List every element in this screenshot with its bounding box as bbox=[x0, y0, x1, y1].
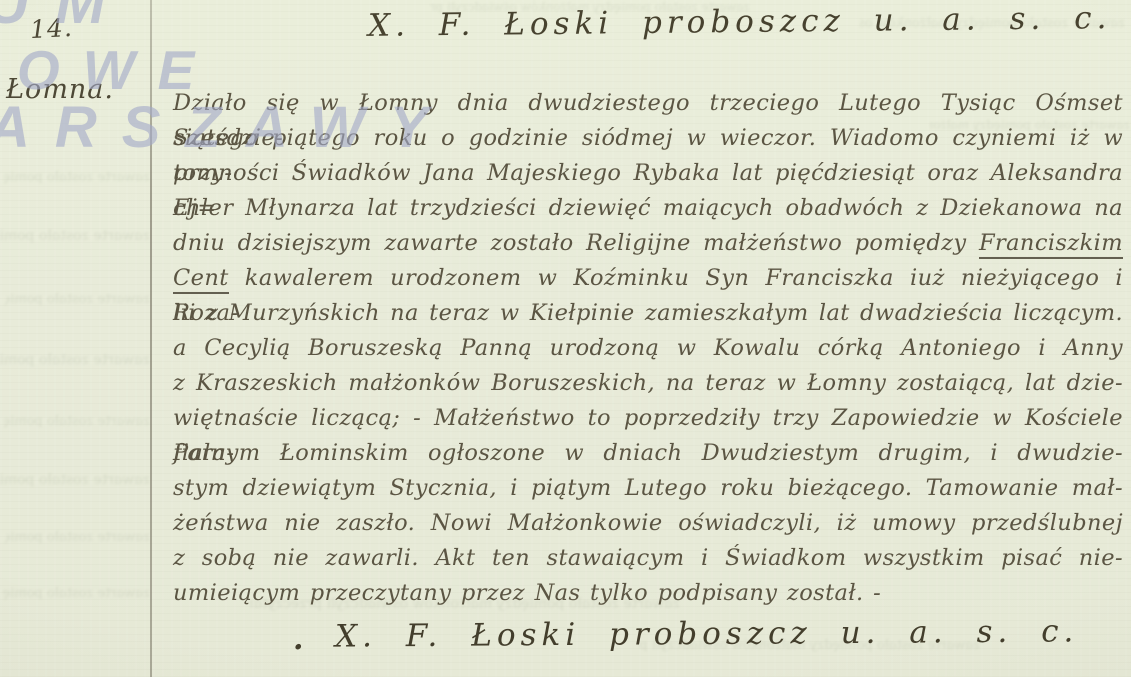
record-line: lii z Murzyńskich na teraz w Kiełpinie z… bbox=[173, 296, 1123, 331]
scanned-register-page: zawarte zostało pomiędzy małżonków oświa… bbox=[0, 0, 1131, 677]
record-line: fialnym Łominskim ogłoszone w dniach Dwu… bbox=[173, 436, 1123, 471]
record-body-text: Działo się w Łomny dnia dwudziestego trz… bbox=[173, 86, 1123, 611]
ghost-text-line: zawarte zostało pomiędzy małżonków oświa… bbox=[3, 170, 151, 185]
ghost-text-line: zawarte zostało pomiędzy małżonków oświa… bbox=[0, 472, 151, 488]
ghost-text-line: zawarte zostało pomiędzy małżonków oświa… bbox=[5, 292, 151, 307]
record-line: umieiącym przeczytany przez Nas tylko po… bbox=[173, 576, 1123, 611]
record-line: żeństwa nie zaszło. Nowi Małżonkowie ośw… bbox=[173, 506, 1123, 541]
margin-rule-line bbox=[150, 0, 152, 677]
record-number: 14. bbox=[29, 13, 73, 44]
record-line: Cent kawalerem urodzonem w Koźminku Syn … bbox=[173, 261, 1123, 296]
record-line: chler Młynarza lat trzydzieści dziewięć … bbox=[173, 191, 1123, 226]
ghost-text-line: zawarte zostało pomiędzy małżonków oświa… bbox=[0, 228, 151, 244]
record-line: a Cecylią Boruszeską Panną urodzoną w Ko… bbox=[173, 331, 1123, 366]
record-line: siątego piątego roku o godzinie siódmej … bbox=[173, 121, 1123, 156]
record-line: z Kraszeskich małżonków Boruszeskich, na… bbox=[173, 366, 1123, 401]
ghost-text-line: zawarte zostało pomiędzy małżonków oświa… bbox=[1, 586, 151, 601]
record-line: stym dziewiątym Stycznia, i piątym Luteg… bbox=[173, 471, 1123, 506]
record-line: więtnaście liczącą; - Małżeństwo to popr… bbox=[173, 401, 1123, 436]
record-line: z sobą nie zawarli. Akt ten stawaiącym i… bbox=[173, 541, 1123, 576]
ghost-text-line: zawarte zostało pomiędzy małżonków oświa… bbox=[5, 530, 151, 545]
ghost-text-line: zawarte zostało pomiędzy małżonków oświa… bbox=[0, 352, 151, 368]
margin-place-name: Łomna. bbox=[6, 74, 114, 105]
record-line: tomności Świadków Jana Majeskiego Rybaka… bbox=[173, 156, 1123, 191]
footer-signature: X. F. Łoski proboszcz u. a. s. c. bbox=[335, 613, 1079, 654]
record-line: dniu dzisiejszym zawarte zostało Religij… bbox=[173, 226, 1123, 261]
record-line: Działo się w Łomny dnia dwudziestego trz… bbox=[173, 86, 1123, 121]
ghost-text-line: zawarte zostało pomiędzy małżonków oświa… bbox=[3, 414, 151, 429]
header-signature: X. F. Łoski proboszcz u. a. s. c. bbox=[368, 0, 1112, 44]
footer-dot: . bbox=[293, 622, 303, 657]
